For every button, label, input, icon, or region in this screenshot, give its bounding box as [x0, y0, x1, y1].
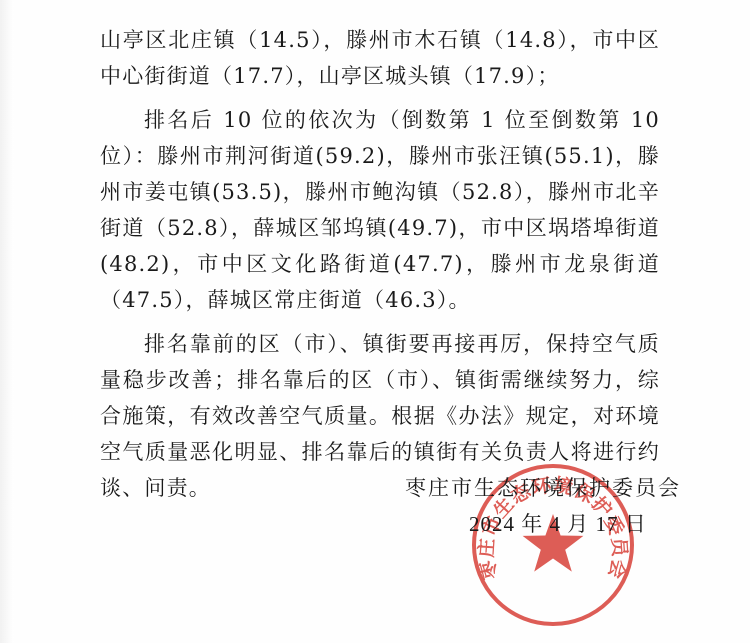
paragraph-bottom-10-ranking: 排名后 10 位的依次为（倒数第 1 位至倒数第 10 位）：滕州市荆河街道(5…	[100, 102, 660, 318]
page-edge-shadow	[0, 0, 14, 643]
issue-date: 2024 年 4 月 17 日	[405, 506, 685, 542]
paragraph-top-ranked-continued: 山亭区北庄镇（14.5），滕州市木石镇（14.8），市中区中心街街道（17.7）…	[100, 22, 660, 94]
document-page: 山亭区北庄镇（14.5），滕州市木石镇（14.8），市中区中心街街道（17.7）…	[0, 0, 750, 643]
document-body: 山亭区北庄镇（14.5），滕州市木石镇（14.8），市中区中心街街道（17.7）…	[100, 22, 660, 506]
signature-block: 枣庄市生态环境保护委员会 2024 年 4 月 17 日	[405, 470, 685, 542]
issuing-organization: 枣庄市生态环境保护委员会	[405, 470, 685, 506]
